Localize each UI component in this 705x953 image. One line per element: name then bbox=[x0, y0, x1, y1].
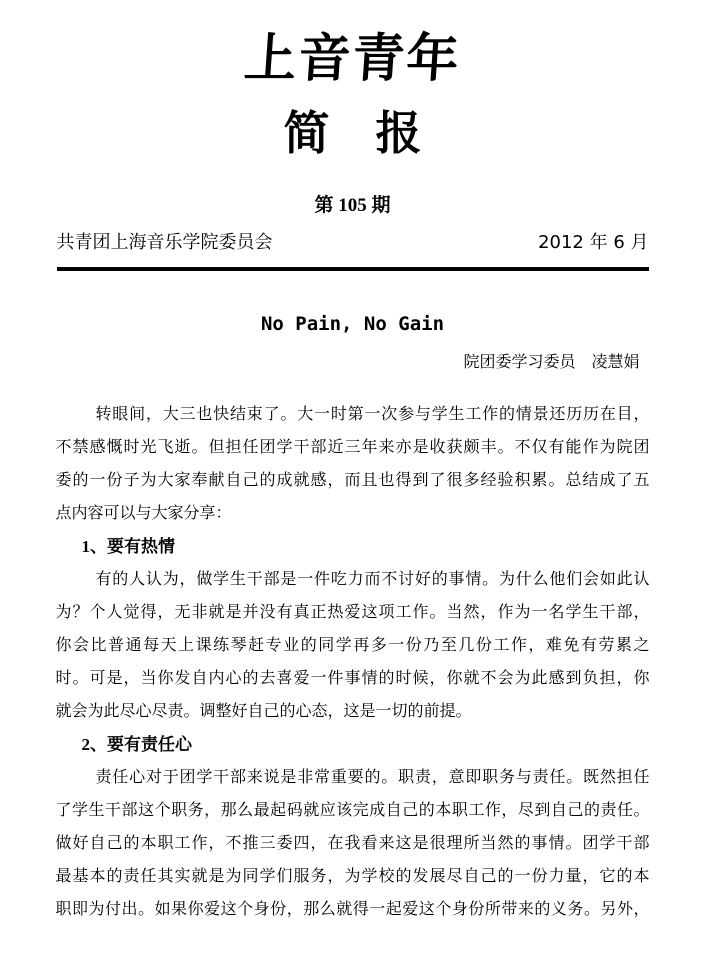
section-heading: 1、要有热情 bbox=[56, 530, 650, 563]
paragraph-line: 就会为此尽心尽责。调整好自己的心态，这是一切的前提。 bbox=[56, 695, 650, 728]
paragraph-line: 为？个人觉得，无非就是并没有真正热爱这项工作。当然，作为一名学生干部， bbox=[56, 596, 650, 629]
article-title: No Pain, No Gain bbox=[56, 311, 650, 337]
paragraph-line: 职即为付出。如果你爱这个身份，那么就得一起爱这个身份所带来的义务。另外， bbox=[56, 893, 650, 926]
paragraph: 责任心对于团学干部来说是非常重要的。职责，意即职务与责任。既然担任了学生干部这个… bbox=[56, 761, 650, 926]
masthead-bulletin-title: 简 报 bbox=[0, 108, 705, 158]
masthead-brand-title: 上音青年 bbox=[0, 28, 705, 90]
article: No Pain, No Gain 院团委学习委员 凌慧娟 转眼间，大三也快结束了… bbox=[56, 311, 650, 926]
masthead-divider bbox=[57, 267, 649, 271]
paragraph-line: 不禁感慨时光飞逝。但担任团学干部近三年来亦是收获颇丰。不仅有能作为院团 bbox=[56, 431, 650, 464]
newsletter-page: 上音青年 简 报 第 105 期 共青团上海音乐学院委员会 2012 年 6 月… bbox=[0, 0, 705, 953]
masthead: 上音青年 简 报 第 105 期 共青团上海音乐学院委员会 2012 年 6 月 bbox=[0, 0, 705, 271]
paragraph: 有的人认为，做学生干部是一件吃力而不讨好的事情。为什么他们会如此认为？个人觉得，… bbox=[56, 563, 650, 728]
paragraph-line: 时。可是，当你发自内心的去喜爱一件事情的时候，你就不会为此感到负担，你 bbox=[56, 662, 650, 695]
paragraph-line: 了学生干部这个职务，那么最起码就应该完成自己的本职工作，尽到自己的责任。 bbox=[56, 794, 650, 827]
article-body: 转眼间，大三也快结束了。大一时第一次参与学生工作的情景还历历在目，不禁感慨时光飞… bbox=[56, 398, 650, 926]
paragraph-line: 做好自己的本职工作，不推三委四，在我看来这是很理所当然的事情。团学干部 bbox=[56, 827, 650, 860]
paragraph-line: 点内容可以与大家分享： bbox=[56, 497, 650, 530]
paragraph: 转眼间，大三也快结束了。大一时第一次参与学生工作的情景还历历在目，不禁感慨时光飞… bbox=[56, 398, 650, 530]
section-heading: 2、要有责任心 bbox=[56, 728, 650, 761]
paragraph-line: 你会比普通每天上课练琴赶专业的同学再多一份乃至几份工作，难免有劳累之 bbox=[56, 629, 650, 662]
paragraph-line: 有的人认为，做学生干部是一件吃力而不讨好的事情。为什么他们会如此认 bbox=[56, 563, 650, 596]
issue-number: 第 105 期 bbox=[0, 194, 705, 218]
issue-date: 2012 年 6 月 bbox=[538, 231, 648, 255]
organization-name: 共青团上海音乐学院委员会 bbox=[57, 231, 273, 255]
paragraph-line: 转眼间，大三也快结束了。大一时第一次参与学生工作的情景还历历在目， bbox=[56, 398, 650, 431]
masthead-info-row: 共青团上海音乐学院委员会 2012 年 6 月 bbox=[57, 231, 649, 255]
paragraph-line: 委的一份子为大家奉献自己的成就感，而且也得到了很多经验积累。总结成了五 bbox=[56, 464, 650, 497]
paragraph-line: 最基本的责任其实就是为同学们服务，为学校的发展尽自己的一份力量，它的本 bbox=[56, 860, 650, 893]
article-byline: 院团委学习委员 凌慧娟 bbox=[56, 352, 650, 374]
paragraph-line: 责任心对于团学干部来说是非常重要的。职责，意即职务与责任。既然担任 bbox=[56, 761, 650, 794]
